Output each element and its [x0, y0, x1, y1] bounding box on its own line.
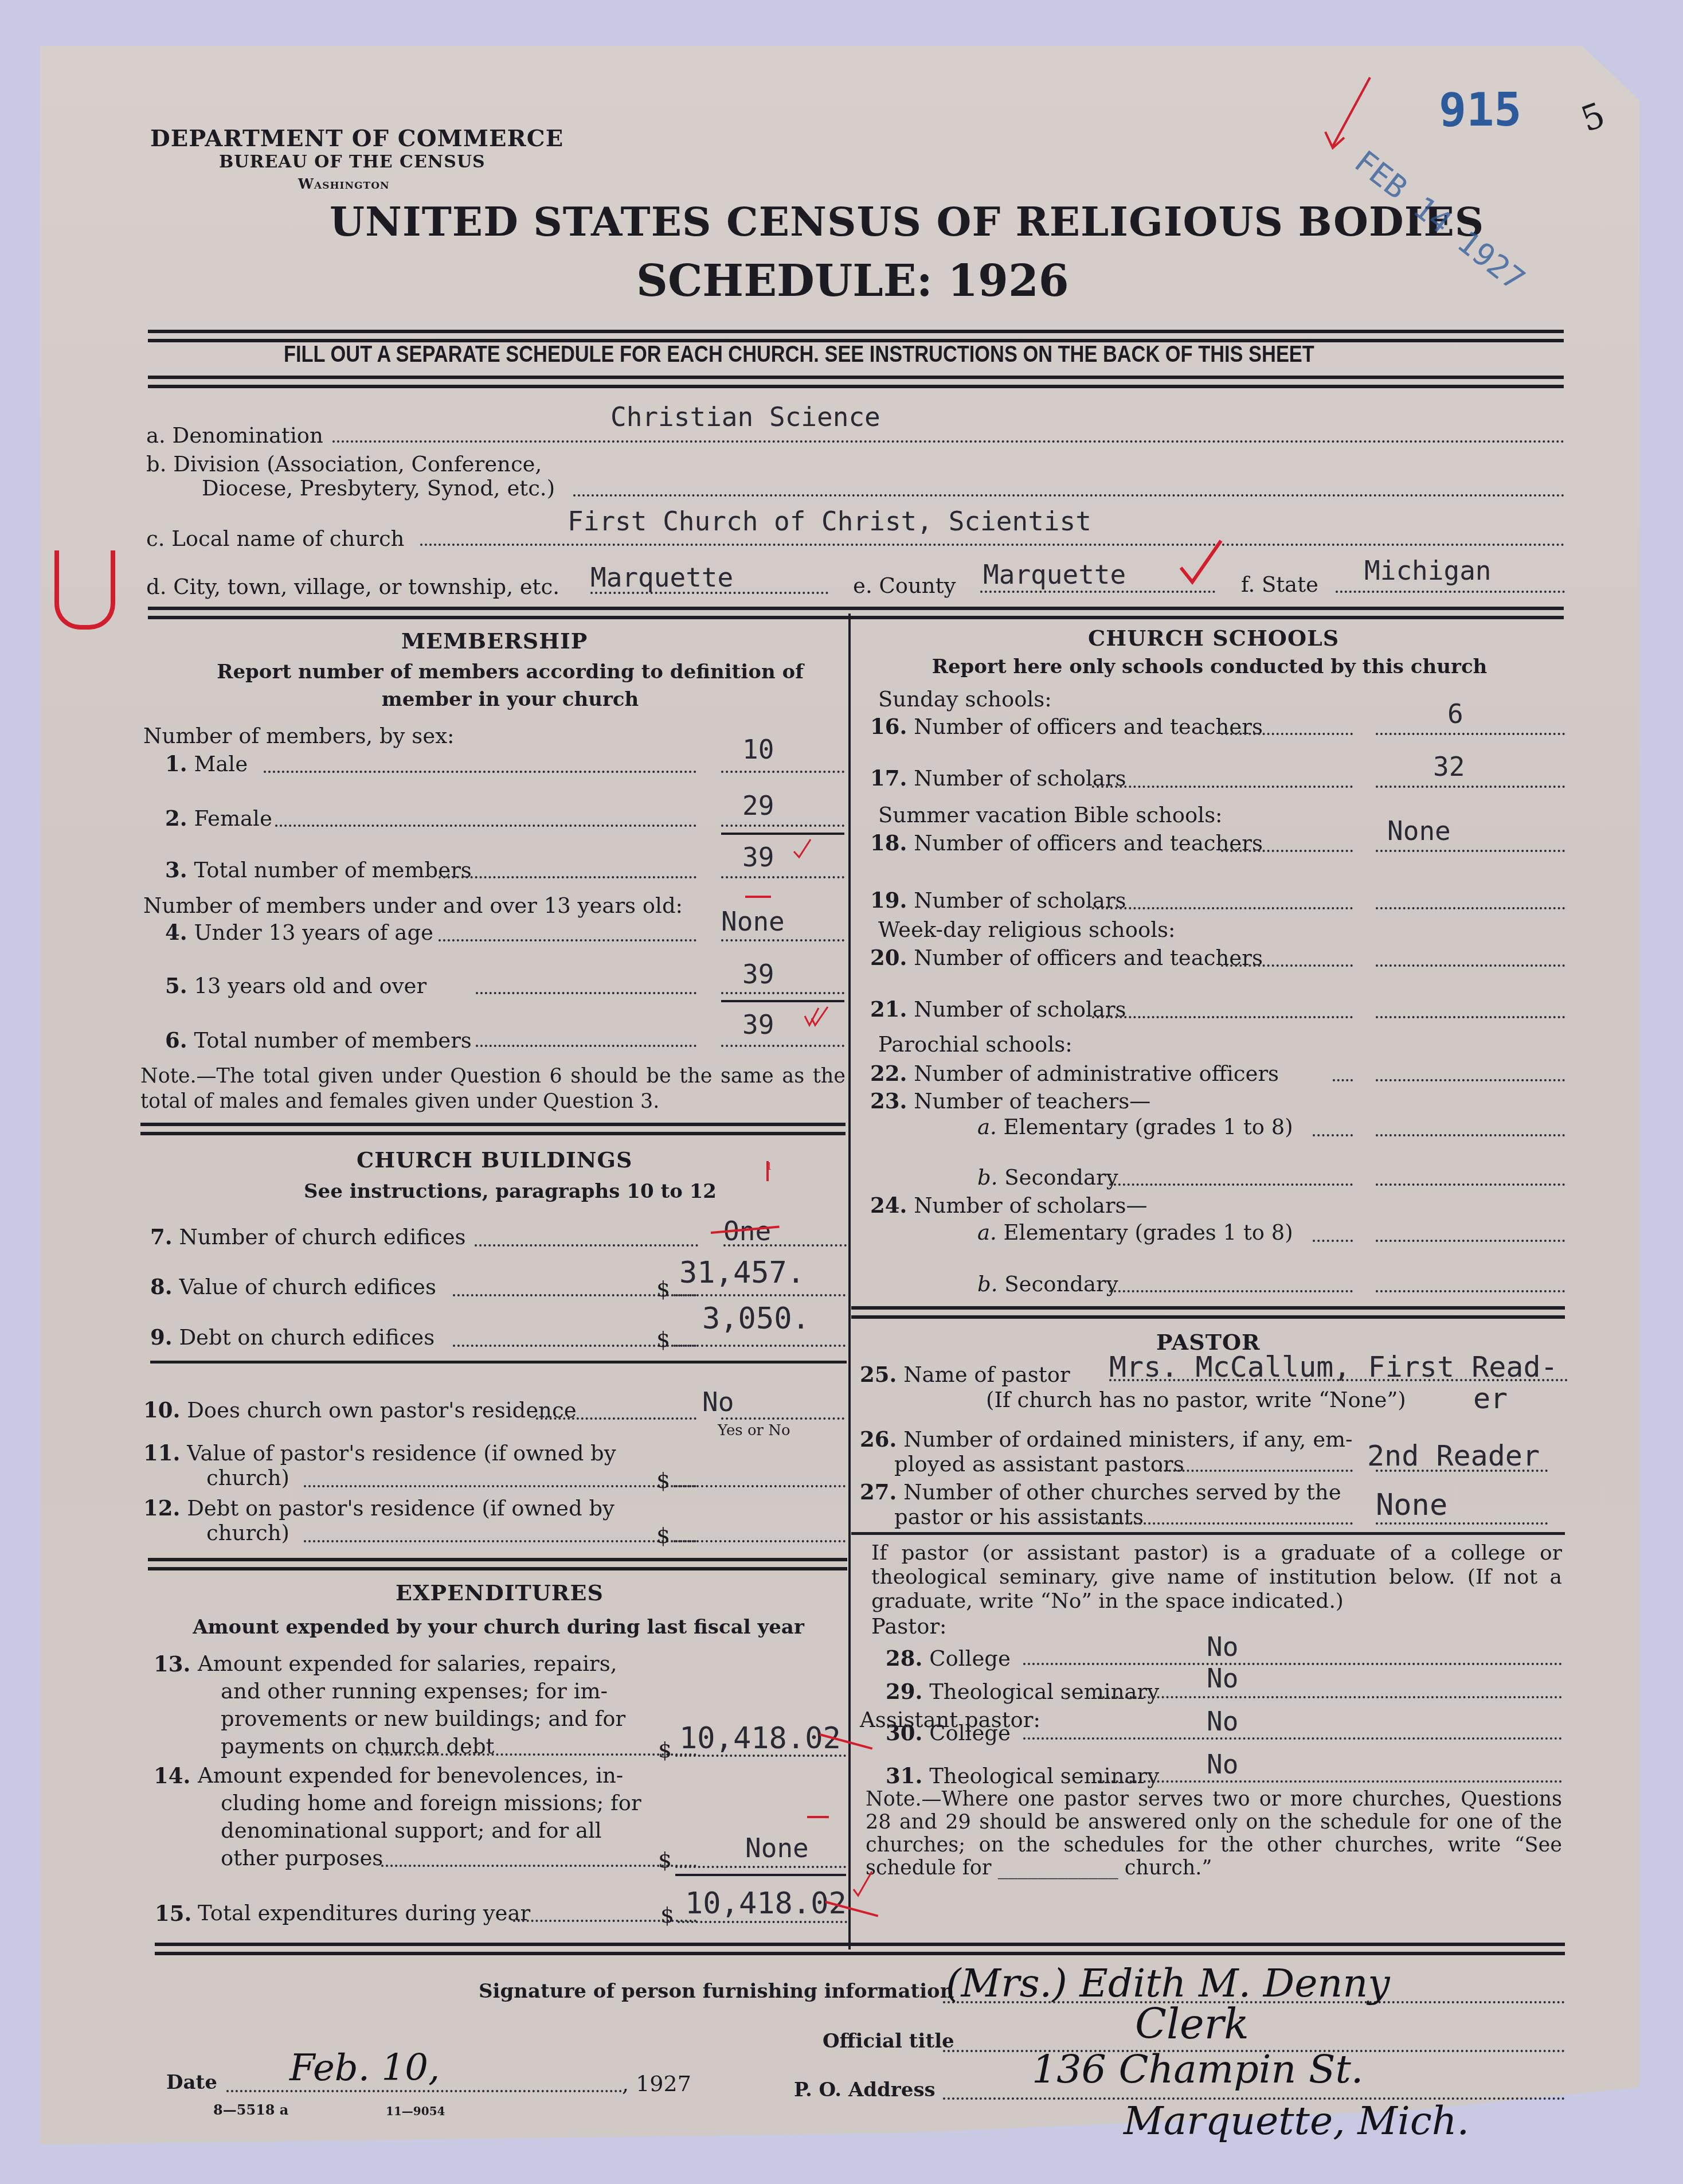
q23a-field[interactable]: [1376, 1134, 1565, 1136]
q19-field[interactable]: [1376, 907, 1565, 909]
state-value: Michigan: [1364, 555, 1492, 586]
q9-debt-field[interactable]: [674, 1345, 846, 1347]
dollar-sign: $: [656, 1468, 670, 1493]
address-value-line1: 136 Champin St.: [1032, 2047, 1363, 2092]
q26-leader: [1155, 1470, 1353, 1472]
red-checkmark-icon: [791, 837, 814, 860]
q15-label: Total expenditures during year: [198, 1901, 530, 1925]
q14-line2: cluding home and foreign missions; for: [221, 1791, 641, 1815]
bureau-name: BUREAU OF THE CENSUS: [219, 152, 486, 172]
q27-label: 27. Number of other churches served by t…: [860, 1479, 1341, 1505]
q11-leader: [304, 1485, 696, 1487]
q2-label: 2. Female: [165, 806, 272, 831]
q5-over13-value: 39: [742, 959, 774, 990]
q13-amount-value: 10,418.02: [679, 1721, 841, 1756]
q15-total-value: 10,418.02: [685, 1886, 847, 1921]
q19-label: 19. Number of scholars: [870, 888, 1126, 913]
q6-leader: [476, 1045, 696, 1047]
print-number: 11—9054: [386, 2104, 445, 2118]
q24b-leader: [1109, 1290, 1353, 1292]
schedule-number-stamp: 915: [1439, 83, 1522, 136]
schedule-year: SCHEDULE: 1926: [636, 255, 1069, 306]
expenditures-heading: EXPENDITURES: [396, 1580, 604, 1605]
q14-amount-value: None: [745, 1833, 809, 1863]
q25-label: 25. Name of pastor: [860, 1362, 1070, 1387]
q30-label: 30. College: [886, 1720, 1011, 1745]
q14-line3: denominational support; and for all: [221, 1818, 602, 1843]
q21-label: 21. Number of scholars: [870, 997, 1126, 1022]
q14-number: 14.: [154, 1763, 190, 1788]
q25-hint: (If church has no pastor, write “None”): [986, 1388, 1406, 1412]
instruction-banner: FILL OUT A SEPARATE SCHEDULE FOR EACH CH…: [284, 342, 1314, 368]
schools-heading: CHURCH SCHOOLS: [1088, 625, 1339, 651]
q10-leader: [536, 1417, 696, 1420]
dollar-sign: $: [660, 1902, 674, 1928]
q24b-field[interactable]: [1376, 1290, 1565, 1292]
q24-label: 24. Number of scholars—: [870, 1193, 1148, 1218]
red-double-check-icon: [803, 1005, 831, 1030]
date-value: Feb. 10,: [289, 2047, 440, 2089]
q14-leader: [381, 1865, 696, 1867]
q18-leader: [1221, 850, 1353, 852]
q16-field[interactable]: [1376, 733, 1565, 735]
q13-leader: [381, 1753, 696, 1756]
q16-leader: [1221, 733, 1353, 735]
q18-field[interactable]: [1376, 850, 1565, 852]
q29-seminary-field[interactable]: [1098, 1696, 1562, 1698]
q13-line2: and other running expenses; for im-: [221, 1679, 608, 1704]
q15-total-field[interactable]: [678, 1921, 847, 1923]
q20-label: 20. Number of officers and teachers: [870, 945, 1263, 970]
q24a-field[interactable]: [1376, 1240, 1565, 1242]
q11-label: 11. Value of pastor's residence (if owne…: [143, 1440, 616, 1466]
division-label-line1: b. Division (Association, Conference,: [146, 452, 542, 476]
q8-value-amount: 31,457.: [679, 1256, 805, 1290]
address-label: P. O. Address: [794, 2078, 936, 2101]
form-title: UNITED STATES CENSUS OF RELIGIOUS BODIES: [330, 198, 1484, 245]
q30-value: No: [1207, 1706, 1238, 1737]
q23a-label: a. Elementary (grades 1 to 8): [977, 1115, 1293, 1139]
q4-leader: [439, 939, 696, 941]
city-label: d. City, town, village, or township, etc…: [146, 575, 559, 599]
q14-amount-field[interactable]: [675, 1866, 846, 1868]
q29-label: 29. Theological seminary: [886, 1679, 1159, 1704]
q12-label-line2: church): [206, 1521, 289, 1545]
q11-value-field[interactable]: [674, 1485, 846, 1487]
divider-buildings: [150, 1361, 847, 1363]
q24a-leader: [1313, 1240, 1353, 1242]
q13-number: 13.: [154, 1651, 190, 1677]
red-dash-mark: [807, 1816, 829, 1818]
q31-label: 31. Theological seminary: [886, 1763, 1159, 1788]
sum-rule: [721, 1000, 844, 1002]
by-sex-label: Number of members, by sex:: [143, 724, 454, 748]
q15-number: 15.: [155, 1901, 191, 1926]
q24a-label: a. Elementary (grades 1 to 8): [977, 1220, 1293, 1245]
form-number: 8—5518 a: [213, 2101, 288, 2118]
q25-pastor-value-line2: er: [1473, 1382, 1508, 1415]
q2-leader: [275, 825, 696, 827]
department-name: DEPARTMENT OF COMMERCE: [150, 125, 563, 152]
q28-label: 28. College: [886, 1646, 1011, 1671]
city-value: Marquette: [590, 562, 733, 593]
q21-field[interactable]: [1376, 1016, 1565, 1018]
county-label: e. County: [853, 573, 956, 598]
q22-leader: [1333, 1079, 1353, 1081]
local-name-label: c. Local name of church: [146, 526, 404, 551]
q22-label: 22. Number of administrative officers: [870, 1061, 1279, 1086]
q17-value: 32: [1433, 751, 1465, 782]
weekday-schools-label: Week-day religious schools:: [878, 917, 1176, 942]
q16-value: 6: [1447, 698, 1463, 729]
q3-total-field[interactable]: [721, 876, 844, 878]
q31-value: No: [1207, 1749, 1238, 1780]
education-intro: If pastor (or assistant pastor) is a gra…: [871, 1541, 1562, 1613]
q1-male-field[interactable]: [721, 771, 844, 773]
q12-debt-field[interactable]: [674, 1540, 846, 1542]
official-title-value: Clerk: [1135, 2000, 1249, 2048]
q14-line4: other purposes: [221, 1846, 383, 1870]
q1-label: 1. Male: [165, 751, 248, 776]
q25-pastor-value-line1: Mrs. McCallum, First Read-: [1109, 1350, 1558, 1384]
q1-leader: [264, 771, 696, 773]
q23b-label: b. Secondary: [977, 1165, 1118, 1190]
red-dash-mark: [745, 896, 771, 898]
q13-line1: Amount expended for salaries, repairs,: [198, 1651, 617, 1676]
county-value: Marquette: [983, 559, 1126, 590]
divider-schools-bottom: [851, 1306, 1565, 1319]
dollar-sign: $: [658, 1737, 672, 1763]
q26-label: 26. Number of ordained ministers, if any…: [860, 1427, 1353, 1452]
summer-schools-label: Summer vacation Bible schools:: [878, 803, 1223, 827]
state-field[interactable]: [1336, 591, 1565, 593]
q17-leader: [1092, 786, 1353, 788]
q6-total-field[interactable]: [721, 1045, 844, 1047]
q23b-leader: [1109, 1183, 1353, 1186]
q4-label: 4. Under 13 years of age: [165, 920, 433, 945]
q23b-field[interactable]: [1376, 1183, 1565, 1186]
q6-label: 6. Total number of members: [165, 1027, 472, 1053]
denomination-value: Christian Science: [610, 401, 880, 432]
sum-rule: [675, 1874, 846, 1876]
red-arrow-icon: [1313, 75, 1381, 161]
signature-label: Signature of person furnishing informati…: [479, 1980, 954, 2003]
date-year: , 1927: [622, 2071, 691, 2096]
q31-seminary-field[interactable]: [1098, 1780, 1562, 1783]
q5-leader: [476, 992, 696, 994]
membership-note: Note.—The total given under Question 6 s…: [140, 1064, 846, 1114]
dollar-sign: $: [656, 1523, 670, 1548]
date-label: Date: [166, 2071, 217, 2094]
pastor-subheading: Pastor:: [871, 1614, 947, 1639]
pastor-note: Note.—Where one pastor serves two or mor…: [866, 1788, 1562, 1880]
q27-leader: [1098, 1522, 1353, 1525]
q1-male-value: 10: [742, 734, 774, 765]
q24b-label: b. Secondary: [977, 1272, 1118, 1296]
q26-label-line2: ployed as assistant pastors: [894, 1452, 1184, 1476]
q18-label: 18. Number of officers and teachers: [870, 830, 1263, 855]
q2-female-field[interactable]: [721, 825, 844, 827]
q27-value: None: [1376, 1488, 1447, 1522]
q23a-leader: [1313, 1134, 1353, 1136]
q6-total-value: 39: [742, 1009, 774, 1040]
buildings-subheading: See instructions, paragraphs 10 to 12: [172, 1180, 848, 1203]
denomination-field[interactable]: [332, 440, 1565, 443]
divider-banner-bottom: [148, 376, 1564, 388]
divider-pastor: [851, 1532, 1565, 1535]
column-divider: [848, 614, 851, 1949]
q28-value: No: [1207, 1631, 1238, 1662]
q3-label: 3. Total number of members: [165, 857, 472, 882]
q30-college-field[interactable]: [1023, 1737, 1562, 1740]
q4-under13-value: None: [721, 906, 785, 937]
q5-label: 5. 13 years old and over: [165, 973, 426, 998]
q9-label: 9. Debt on church edifices: [150, 1325, 435, 1350]
division-field[interactable]: [573, 494, 1565, 497]
q4-under13-field[interactable]: [721, 939, 844, 941]
q18-value: None: [1387, 815, 1451, 846]
bureau-city: Washington: [298, 175, 390, 192]
q23-label: 23. Number of teachers—: [870, 1088, 1150, 1114]
sunday-schools-label: Sunday schools:: [878, 687, 1052, 712]
q28-college-field[interactable]: [1023, 1663, 1562, 1665]
q10-residence-field[interactable]: [721, 1417, 844, 1420]
q11-label-line2: church): [206, 1466, 289, 1490]
q12-leader: [304, 1540, 696, 1542]
q12-label: 12. Debt on pastor's residence (if owned…: [143, 1495, 615, 1521]
divider-top: [148, 330, 1564, 342]
q10-residence-value: No: [702, 1386, 734, 1417]
red-tick-mark: 1: [766, 1161, 769, 1181]
membership-heading: MEMBERSHIP: [401, 628, 588, 654]
expenditures-subheading: Amount expended by your church during la…: [150, 1616, 847, 1639]
q7-label: 7. Number of church edifices: [150, 1224, 466, 1249]
membership-subheading: Report number of members according to de…: [172, 658, 848, 713]
q27-label-line2: pastor or his assistants: [894, 1505, 1144, 1529]
divider-identity-bottom: [148, 607, 1564, 619]
dollar-sign: $: [656, 1276, 670, 1302]
parochial-schools-label: Parochial schools:: [878, 1032, 1073, 1057]
q3-total-value: 39: [742, 842, 774, 873]
q16-label: 16. Number of officers and teachers: [870, 714, 1263, 739]
q22-field[interactable]: [1376, 1079, 1565, 1081]
q17-field[interactable]: [1376, 786, 1565, 788]
local-name-value: First Church of Christ, Scientist: [567, 506, 1091, 537]
q20-field[interactable]: [1376, 964, 1565, 967]
dollar-sign: $: [658, 1847, 672, 1873]
dollar-sign: $: [656, 1327, 670, 1352]
q13-line3: provements or new buildings; and for: [221, 1706, 625, 1731]
division-label-line2: Diocese, Presbytery, Synod, etc.): [202, 476, 555, 501]
buildings-heading: CHURCH BUILDINGS: [357, 1147, 632, 1173]
q20-leader: [1221, 964, 1353, 967]
q9-debt-amount: 3,050.: [702, 1302, 810, 1336]
q19-leader: [1092, 907, 1353, 909]
schools-subheading: Report here only schools conducted by th…: [848, 655, 1571, 678]
official-title-label: Official title: [823, 2030, 954, 2053]
q8-label: 8. Value of church edifices: [150, 1274, 436, 1299]
q3-leader: [439, 876, 696, 878]
q27-field[interactable]: [1376, 1522, 1548, 1525]
q29-value: No: [1207, 1663, 1238, 1694]
q7-leader: [475, 1244, 698, 1247]
county-field[interactable]: [980, 591, 1215, 593]
q10-label: 10. Does church own pastor's residence: [143, 1397, 577, 1423]
yes-or-no-hint: Yes or No: [718, 1422, 790, 1439]
red-checkmark-icon: [1175, 536, 1227, 588]
divider-bottom: [155, 1943, 1565, 1955]
divider-buildings-bottom: [148, 1558, 847, 1570]
red-checkmark-icon: [851, 1869, 874, 1898]
address-value-line2: Marquette, Mich.: [1124, 2099, 1469, 2144]
sum-rule: [721, 833, 844, 835]
date-field[interactable]: [226, 2090, 622, 2092]
denomination-label: a. Denomination: [146, 423, 323, 448]
q8-value-field[interactable]: [674, 1294, 846, 1296]
state-label: f. State: [1241, 572, 1318, 597]
q21-leader: [1092, 1016, 1353, 1018]
q26-value: 2nd Reader: [1367, 1439, 1540, 1472]
by-age-label: Number of members under and over 13 year…: [143, 893, 683, 918]
q2-female-value: 29: [742, 790, 774, 821]
q17-label: 17. Number of scholars: [870, 765, 1126, 791]
red-u-mark: [54, 550, 115, 630]
local-name-field[interactable]: [420, 544, 1565, 546]
divider-membership-bottom: [140, 1123, 846, 1135]
q5-over13-field[interactable]: [721, 992, 844, 994]
q14-line1: Amount expended for benevolences, in-: [198, 1763, 623, 1788]
